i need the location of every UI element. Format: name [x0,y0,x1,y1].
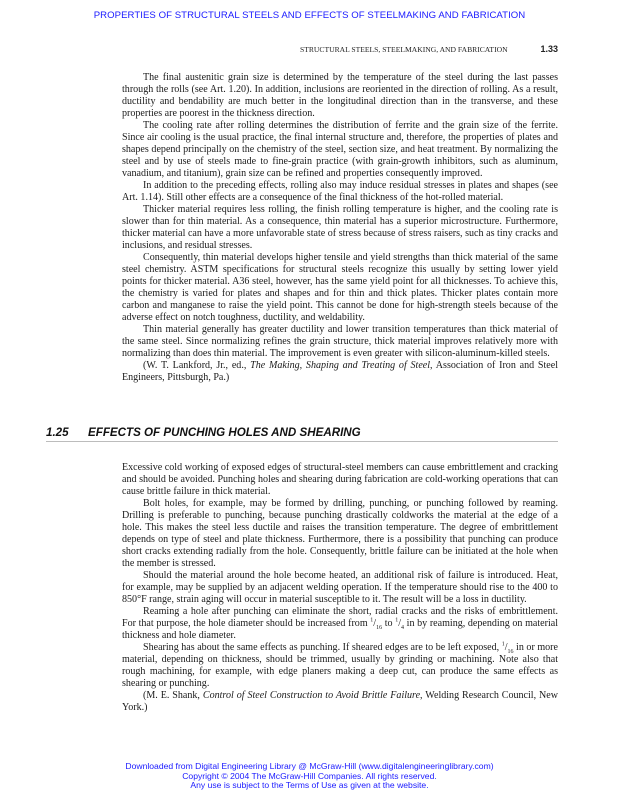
citation: (W. T. Lankford, Jr., ed., The Making, S… [122,360,558,384]
body-text-block-1: The final austenitic grain size is deter… [122,72,558,384]
paragraph: Excessive cold working of exposed edges … [122,462,558,498]
document-banner: PROPERTIES OF STRUCTURAL STEELS AND EFFE… [0,10,619,21]
citation-prefix: (M. E. Shank, [143,690,203,701]
page-number: 1.33 [540,44,558,54]
running-head-title: STRUCTURAL STEELS, STEELMAKING, AND FABR… [300,45,508,54]
paragraph: Thicker material requires less rolling, … [122,204,558,252]
running-head: STRUCTURAL STEELS, STEELMAKING, AND FABR… [300,44,558,54]
citation-prefix: (W. T. Lankford, Jr., ed., [143,360,250,371]
section-number: 1.25 [46,426,88,439]
text-run: Shearing has about the same effects as p… [143,642,502,653]
fraction: 1/16 [502,642,514,653]
text-run: to [382,618,395,629]
citation: (M. E. Shank, Control of Steel Construct… [122,690,558,714]
paragraph: In addition to the preceding effects, ro… [122,180,558,204]
section-heading: 1.25EFFECTS OF PUNCHING HOLES AND SHEARI… [46,426,558,442]
citation-title: The Making, Shaping and Treating of Stee… [250,360,430,371]
paragraph: Reaming a hole after punching can elimin… [122,606,558,642]
fraction-numerator: 1 [370,618,373,624]
fraction: 1/4 [395,618,404,629]
paragraph: Bolt holes, for example, may be formed b… [122,498,558,570]
paragraph: Thin material generally has greater duct… [122,324,558,360]
footer-notice: Downloaded from Digital Engineering Libr… [0,762,619,791]
section-title: EFFECTS OF PUNCHING HOLES AND SHEARING [88,426,361,439]
fraction: 1/16 [370,618,382,629]
paragraph: Shearing has about the same effects as p… [122,642,558,690]
fraction-numerator: 1 [502,642,505,648]
footer-terms[interactable]: Any use is subject to the Terms of Use a… [0,781,619,791]
paragraph: The cooling rate after rolling determine… [122,120,558,180]
body-text-block-2: Excessive cold working of exposed edges … [122,462,558,714]
citation-title: Control of Steel Construction to Avoid B… [203,690,420,701]
paragraph: Should the material around the hole beco… [122,570,558,606]
paragraph: Consequently, thin material develops hig… [122,252,558,324]
paragraph: The final austenitic grain size is deter… [122,72,558,120]
fraction-numerator: 1 [395,618,398,624]
